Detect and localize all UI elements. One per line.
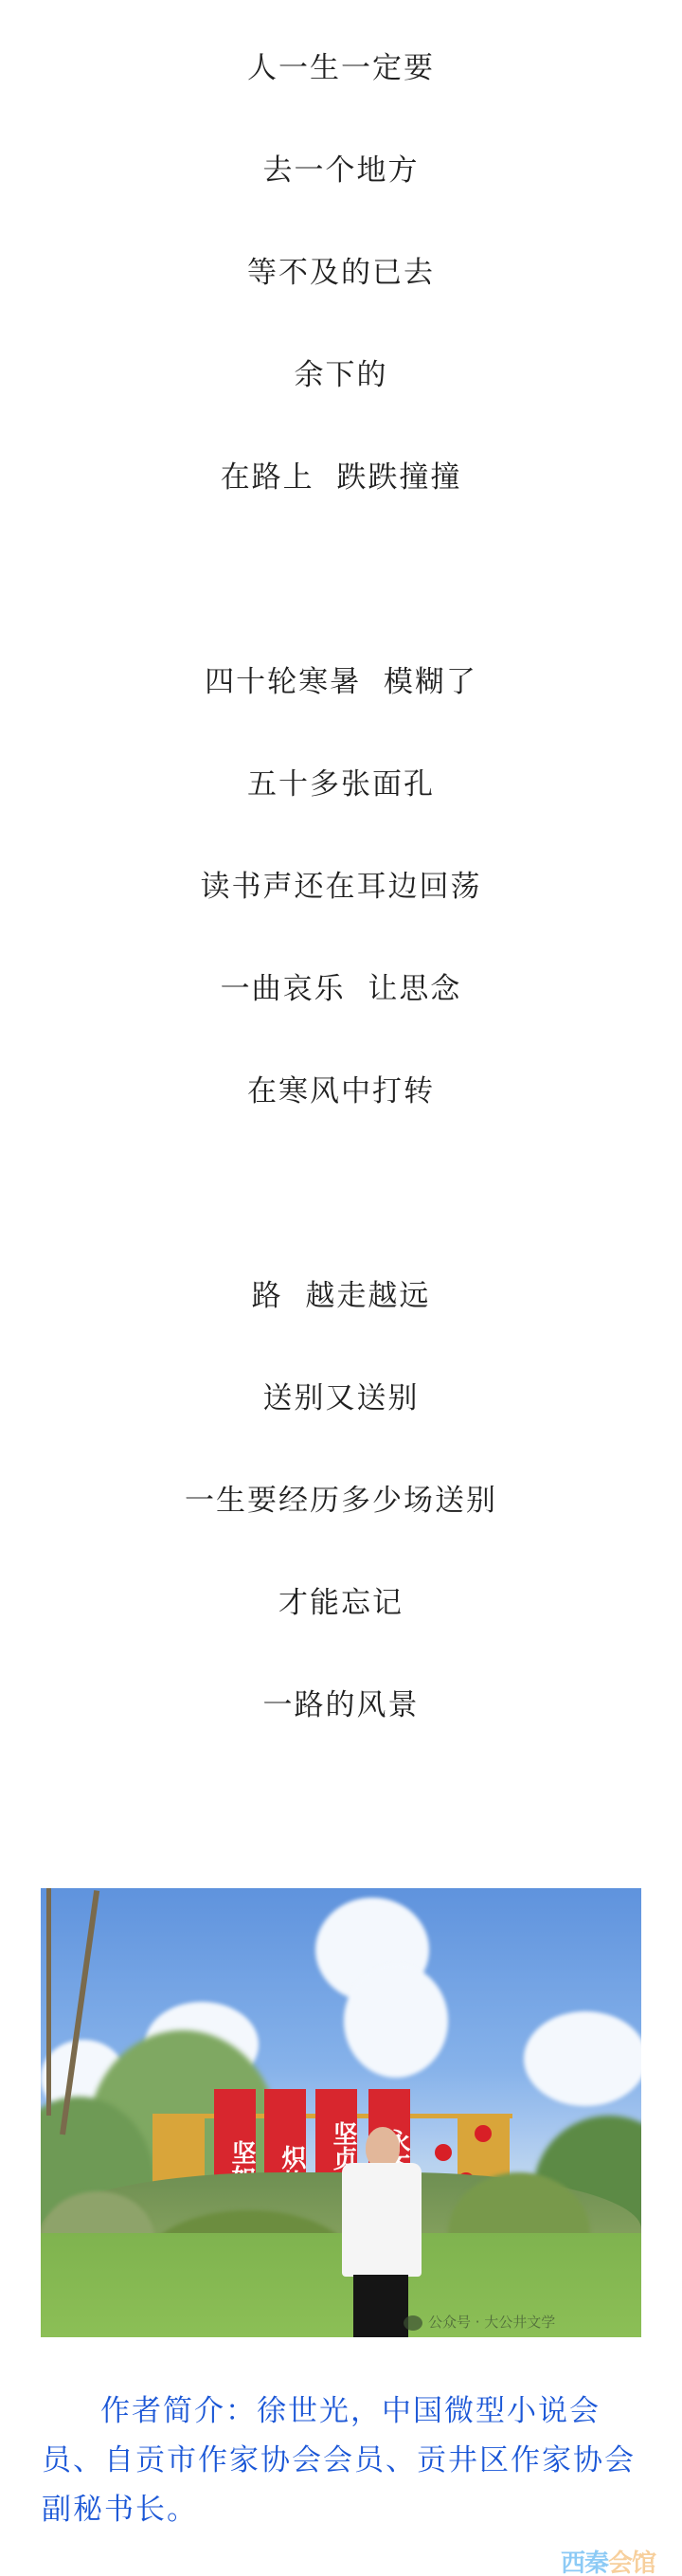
- poem-line: 送别又送别: [0, 1379, 682, 1417]
- red-flower: [475, 2125, 492, 2142]
- poem-line: 才能忘记: [0, 1584, 682, 1622]
- poem-line: 余下的: [0, 356, 682, 394]
- watermark-text: 公众号 · 大公井文学: [428, 2314, 555, 2331]
- logo-part-2: 会馆: [608, 2549, 655, 2576]
- cloud: [524, 2011, 641, 2106]
- poem-line: 在寒风中打转: [0, 1072, 682, 1110]
- poem-line: 人一生一定要: [0, 49, 682, 87]
- logo-part-1: 西秦: [561, 2549, 608, 2576]
- watermark: 公众号 · 大公井文学: [404, 2312, 555, 2332]
- person-shirt: [342, 2163, 422, 2277]
- poem-line: 四十轮寒暑 模糊了: [0, 663, 682, 701]
- poem-line: 等不及的已去: [0, 254, 682, 292]
- author-photo[interactable]: 坚如磐石 炽热深沉 坚贞不屈 永不叛: [41, 1888, 641, 2337]
- cloud: [344, 1964, 448, 2078]
- poem-line: 路 越走越远: [0, 1277, 682, 1315]
- poem-line: 在路上 跌跌撞撞: [0, 459, 682, 496]
- red-flower: [435, 2144, 452, 2161]
- author-bio: 作者简介：徐世光，中国微型小说会员、自贡市作家协会会员、贡井区作家协会副秘书长。: [42, 2387, 640, 2534]
- site-logo[interactable]: 西秦会馆: [561, 2544, 655, 2576]
- poem-line: 去一个地方: [0, 152, 682, 189]
- poem-line: 一路的风景: [0, 1686, 682, 1724]
- wechat-icon: [404, 2315, 422, 2331]
- poem-line: 一曲哀乐 让思念: [0, 970, 682, 1008]
- person-pants: [353, 2275, 408, 2337]
- tree-trunk: [46, 1888, 51, 2116]
- poem-line: 读书声还在耳边回荡: [0, 868, 682, 906]
- poem-line: 一生要经历多少场送别: [0, 1482, 682, 1520]
- poem-line: 五十多张面孔: [0, 766, 682, 803]
